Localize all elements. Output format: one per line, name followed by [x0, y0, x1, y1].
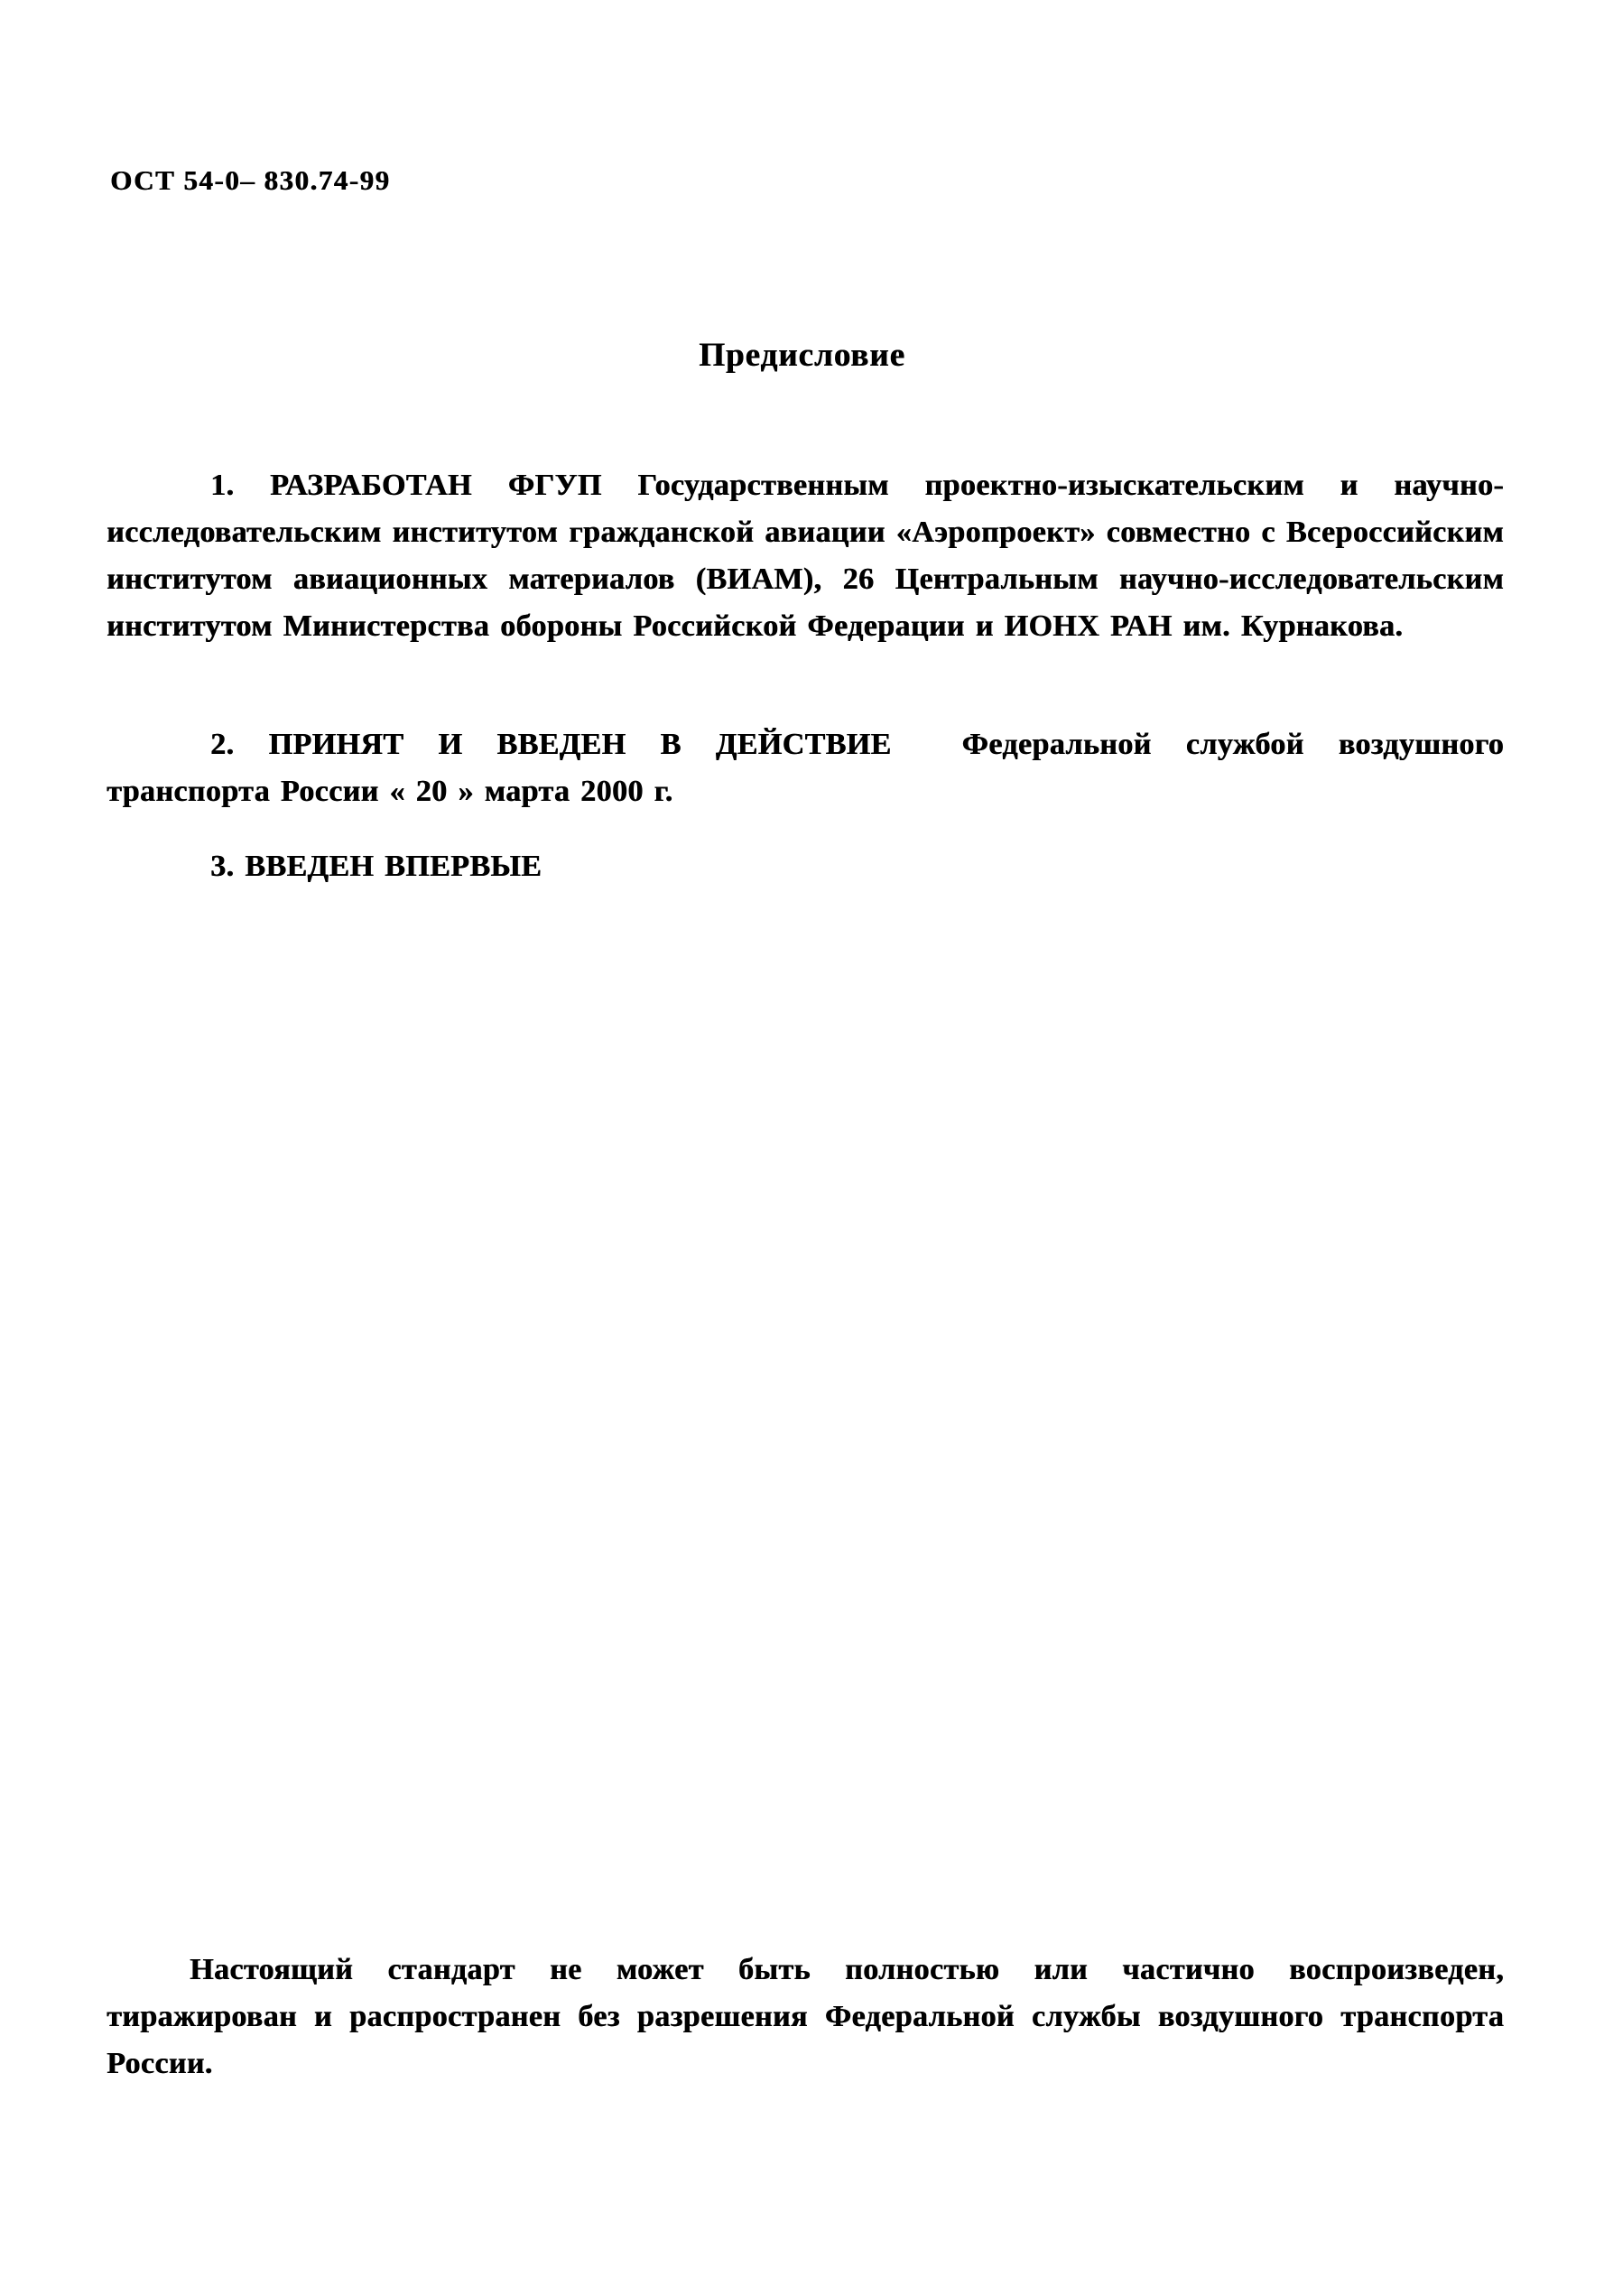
- document-number: ОСТ 54-0– 830.74-99: [110, 164, 390, 197]
- item-developed: 1. РАЗРАБОТАНФГУП Государственным проект…: [107, 462, 1504, 650]
- document-page: ОСТ 54-0– 830.74-99 Предисловие 1. РАЗРА…: [0, 0, 1604, 2296]
- item-adopted: 2. ПРИНЯТ И ВВЕДЕН В ДЕЙСТВИЕФедеральной…: [107, 721, 1504, 815]
- item-first-introduced-label: 3. ВВЕДЕН ВПЕРВЫЕ: [210, 850, 542, 883]
- item-developed-label: 1. РАЗРАБОТАН: [210, 469, 472, 502]
- copyright-note: Настоящий стандарт не может быть полност…: [107, 1947, 1504, 2087]
- item-first-introduced: 3. ВВЕДЕН ВПЕРВЫЕ: [107, 843, 1504, 890]
- item-adopted-label: 2. ПРИНЯТ И ВВЕДЕН В ДЕЙСТВИЕ: [210, 728, 892, 761]
- page-title: Предисловие: [0, 336, 1604, 375]
